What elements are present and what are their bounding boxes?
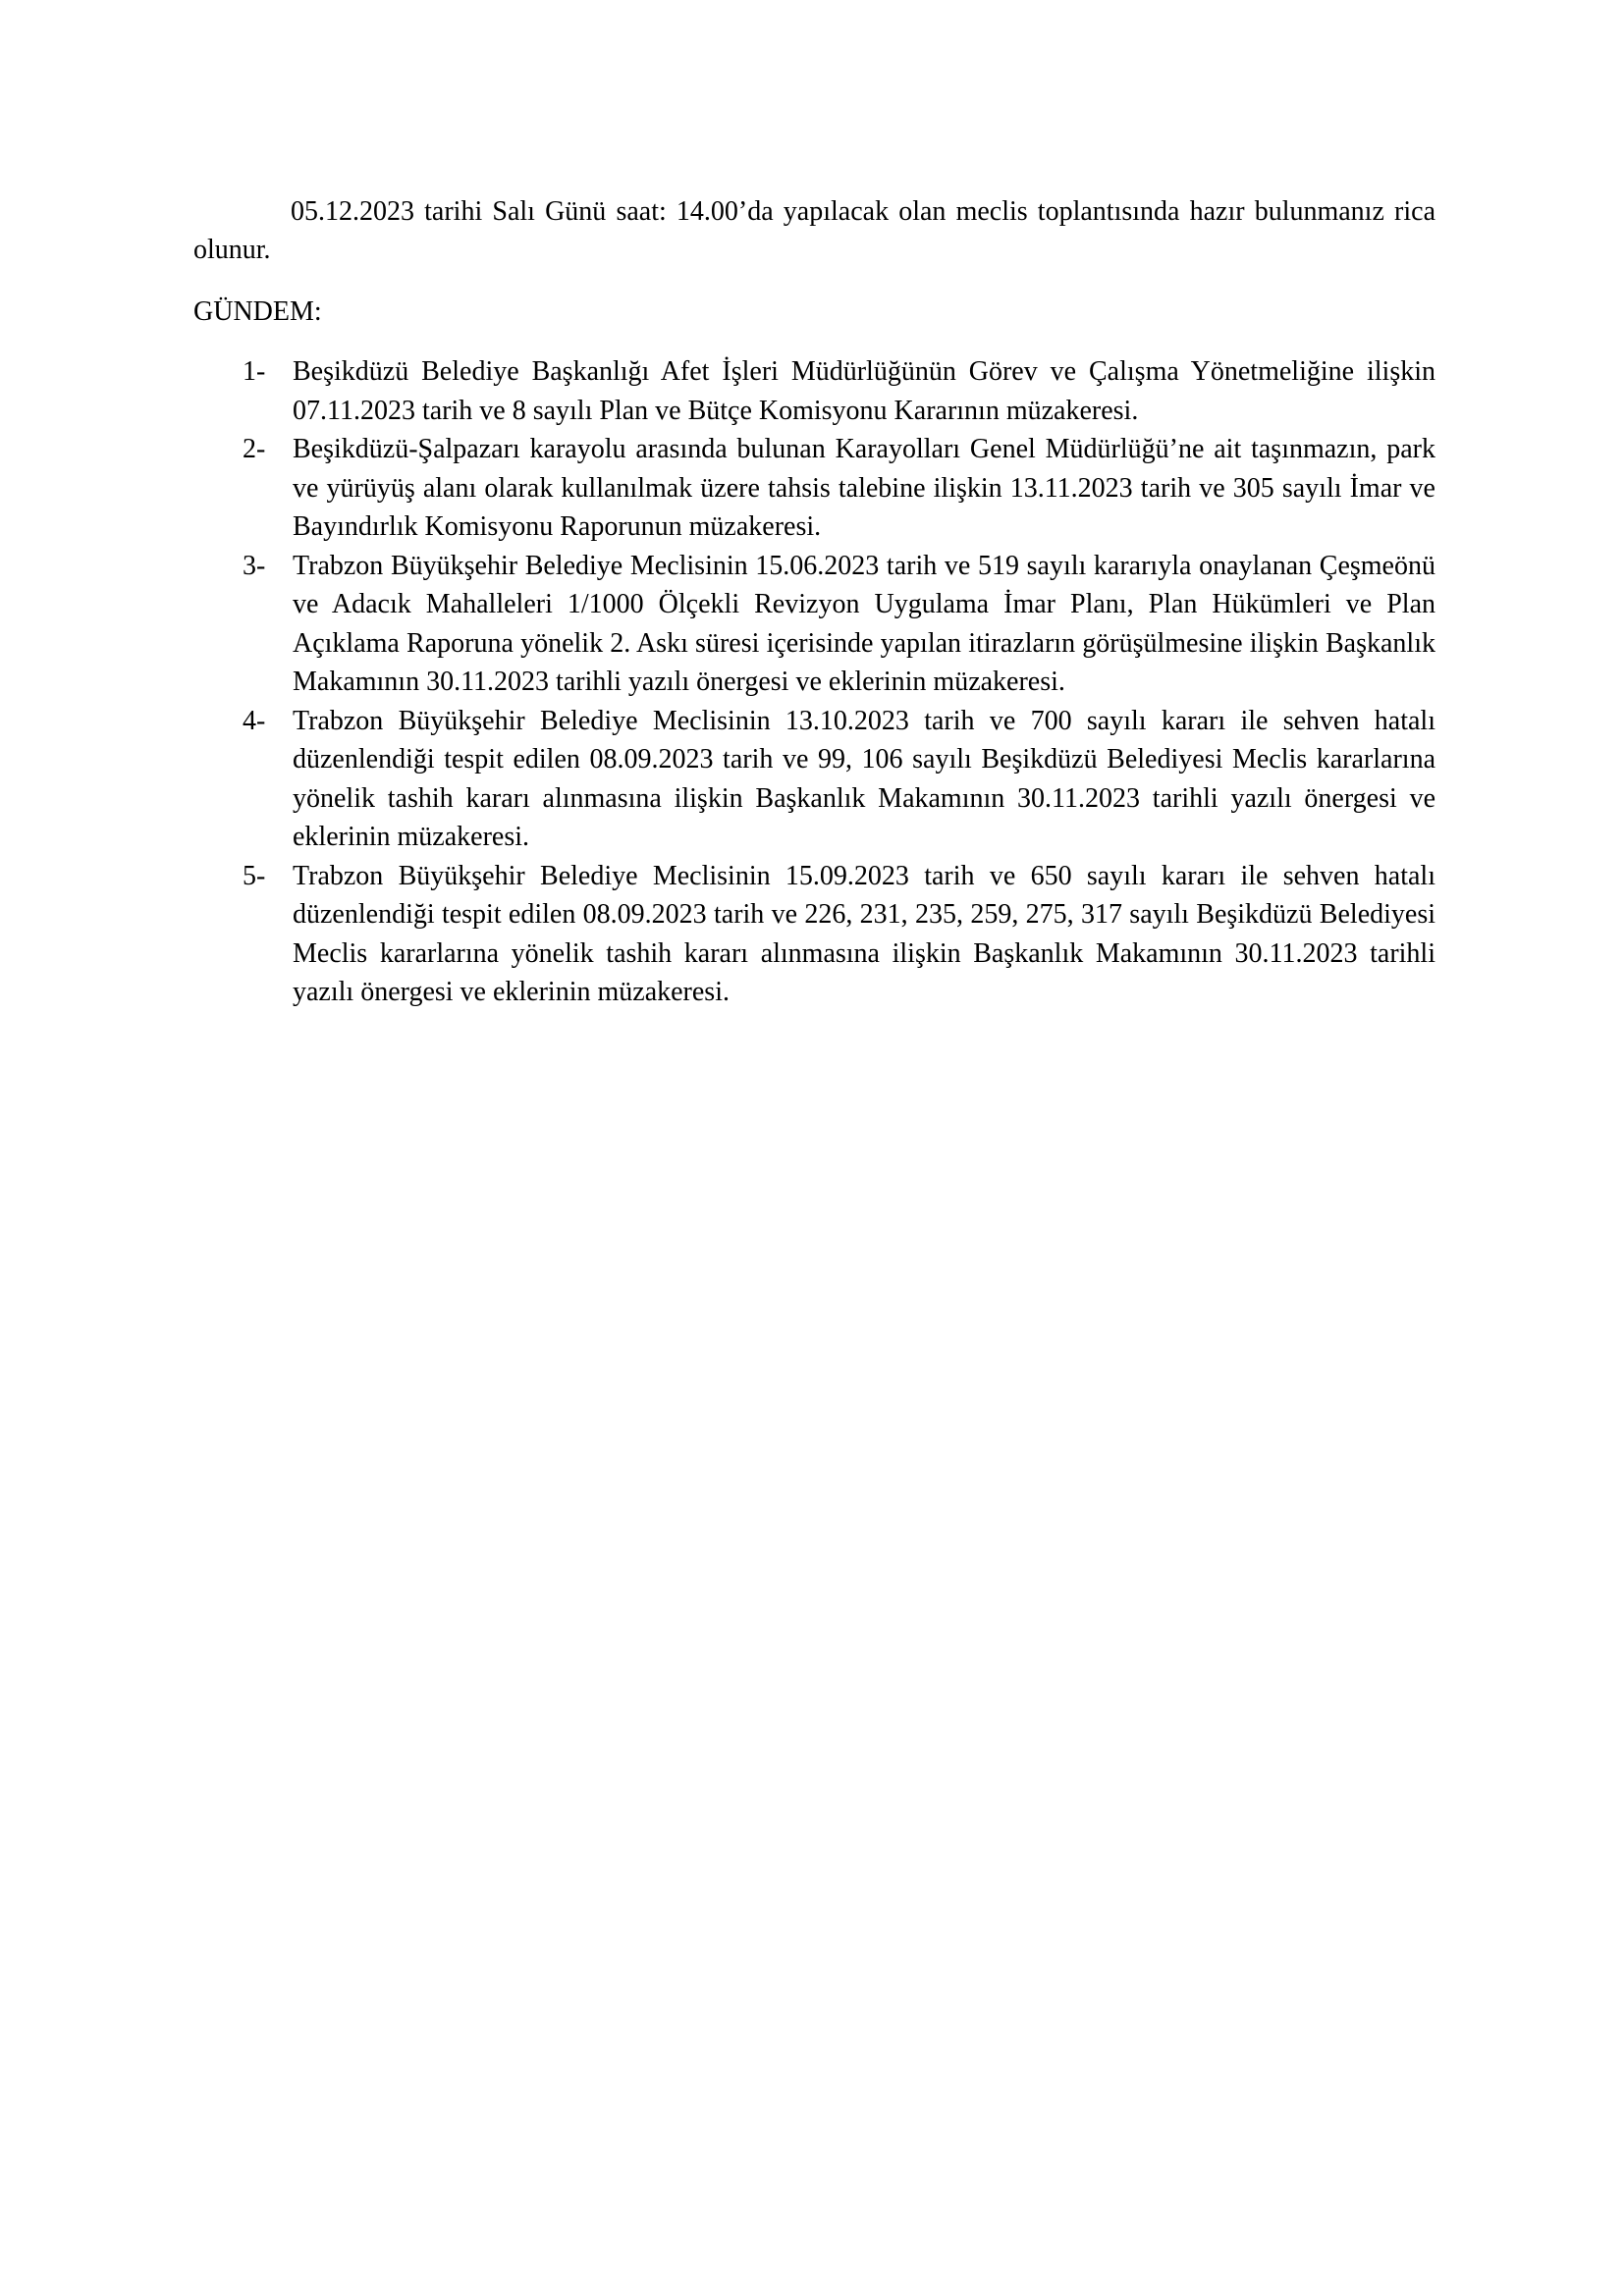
agenda-item: 3- Trabzon Büyükşehir Belediye Meclisini… bbox=[193, 547, 1435, 702]
agenda-item-text: Trabzon Büyükşehir Belediye Meclisinin 1… bbox=[293, 547, 1435, 702]
agenda-item-text: Beşikdüzü Belediye Başkanlığı Afet İşler… bbox=[293, 352, 1435, 430]
agenda-item-number: 3- bbox=[243, 547, 293, 702]
agenda-item: 5- Trabzon Büyükşehir Belediye Meclisini… bbox=[193, 857, 1435, 1012]
agenda-list: 1- Beşikdüzü Belediye Başkanlığı Afet İş… bbox=[193, 352, 1435, 1012]
agenda-item-text: Beşikdüzü-Şalpazarı karayolu arasında bu… bbox=[293, 430, 1435, 547]
agenda-item: 4- Trabzon Büyükşehir Belediye Meclisini… bbox=[193, 702, 1435, 857]
agenda-item-number: 2- bbox=[243, 430, 293, 547]
agenda-item-text: Trabzon Büyükşehir Belediye Meclisinin 1… bbox=[293, 702, 1435, 857]
agenda-heading: GÜNDEM: bbox=[193, 293, 1435, 331]
agenda-item-number: 1- bbox=[243, 352, 293, 430]
agenda-item: 1- Beşikdüzü Belediye Başkanlığı Afet İş… bbox=[193, 352, 1435, 430]
agenda-item: 2- Beşikdüzü-Şalpazarı karayolu arasında… bbox=[193, 430, 1435, 547]
agenda-item-number: 4- bbox=[243, 702, 293, 857]
meeting-invitation-text: 05.12.2023 tarihi Salı Günü saat: 14.00’… bbox=[193, 192, 1435, 269]
document-page: 05.12.2023 tarihi Salı Günü saat: 14.00’… bbox=[193, 192, 1435, 1012]
agenda-item-text: Trabzon Büyükşehir Belediye Meclisinin 1… bbox=[293, 857, 1435, 1012]
agenda-item-number: 5- bbox=[243, 857, 293, 1012]
